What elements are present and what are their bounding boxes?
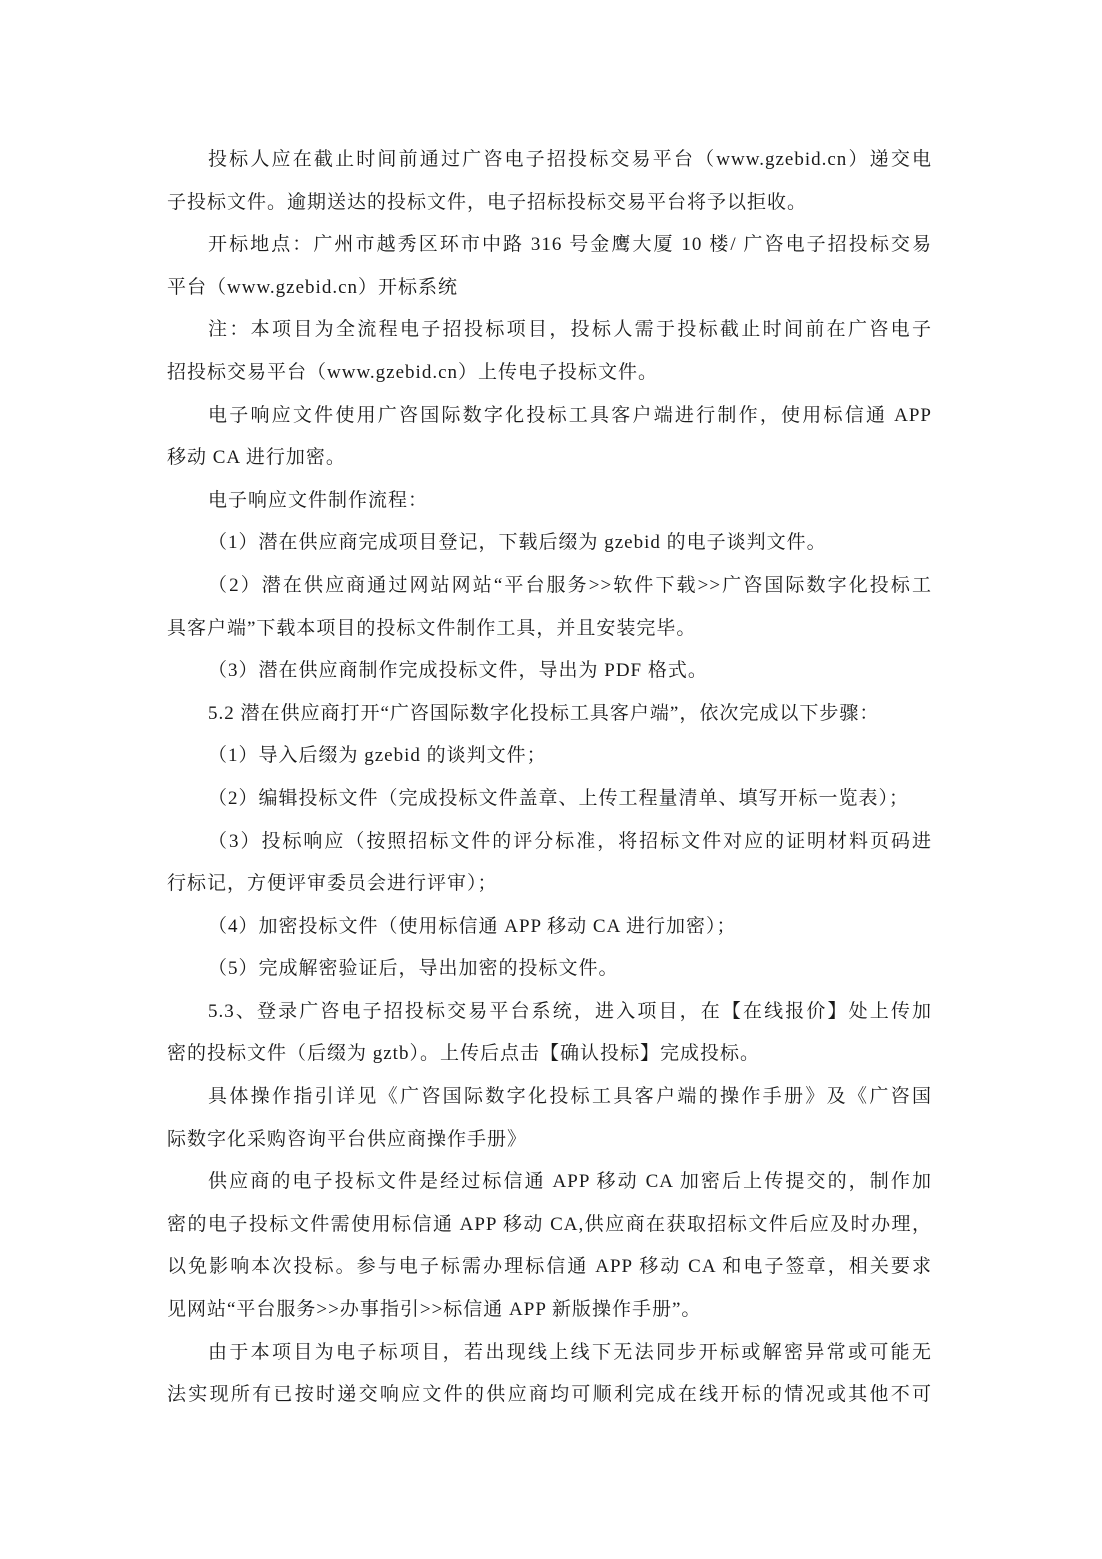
text-line: 供应商的电子投标文件是经过标信通 APP 移动 CA 加密后上传提交的，制作加 [167,1161,932,1204]
text-line: 密的电子投标文件需使用标信通 APP 移动 CA,供应商在获取招标文件后应及时办… [167,1204,932,1247]
paragraph-p14: （5）完成解密验证后，导出加密的投标文件。 [167,948,932,991]
paragraph-p17: 供应商的电子投标文件是经过标信通 APP 移动 CA 加密后上传提交的，制作加密… [167,1161,932,1331]
paragraph-p18: 由于本项目为电子标项目，若出现线上线下无法同步开标或解密异常或可能无法实现所有已… [167,1332,932,1417]
text-line: 以免影响本次投标。参与电子标需办理标信通 APP 移动 CA 和电子签章，相关要… [167,1246,932,1289]
text-line: 5.3、登录广咨电子招投标交易平台系统，进入项目，在【在线报价】处上传加 [167,991,932,1034]
paragraph-p15: 5.3、登录广咨电子招投标交易平台系统，进入项目，在【在线报价】处上传加密的投标… [167,991,932,1076]
paragraph-p16: 具体操作指引详见《广咨国际数字化投标工具客户端的操作手册》及《广咨国际数字化采购… [167,1076,932,1161]
paragraph-p12: （3）投标响应（按照招标文件的评分标准，将招标文件对应的证明材料页码进行标记，方… [167,821,932,906]
paragraph-p2: 开标地点：广州市越秀区环市中路 316 号金鹰大厦 10 楼/ 广咨电子招投标交… [167,224,932,309]
text-line: （2）潜在供应商通过网站网站“平台服务>>软件下载>>广咨国际数字化投标工 [167,565,932,608]
paragraph-p9: 5.2 潜在供应商打开“广咨国际数字化投标工具客户端”，依次完成以下步骤： [167,693,932,736]
text-line: 具体操作指引详见《广咨国际数字化投标工具客户端的操作手册》及《广咨国 [167,1076,932,1119]
paragraph-p10: （1）导入后缀为 gzebid 的谈判文件； [167,735,932,778]
text-line: 见网站“平台服务>>办事指引>>标信通 APP 新版操作手册”。 [167,1289,932,1332]
text-line: 5.2 潜在供应商打开“广咨国际数字化投标工具客户端”，依次完成以下步骤： [167,693,932,736]
text-line: （3）潜在供应商制作完成投标文件，导出为 PDF 格式。 [167,650,932,693]
text-line: 具客户端”下载本项目的投标文件制作工具，并且安装完毕。 [167,608,932,651]
text-line: 开标地点：广州市越秀区环市中路 316 号金鹰大厦 10 楼/ 广咨电子招投标交… [167,224,932,267]
text-line: 由于本项目为电子标项目，若出现线上线下无法同步开标或解密异常或可能无 [167,1332,932,1375]
text-line: 电子响应文件制作流程： [167,480,932,523]
text-line: 平台（www.gzebid.cn）开标系统 [167,267,932,310]
paragraph-p1: 投标人应在截止时间前通过广咨电子招投标交易平台（www.gzebid.cn）递交… [167,139,932,224]
text-line: 际数字化采购咨询平台供应商操作手册》 [167,1119,932,1162]
paragraph-p7: （2）潜在供应商通过网站网站“平台服务>>软件下载>>广咨国际数字化投标工具客户… [167,565,932,650]
paragraph-p3: 注：本项目为全流程电子招投标项目，投标人需于投标截止时间前在广咨电子招投标交易平… [167,309,932,394]
text-line: 移动 CA 进行加密。 [167,437,932,480]
paragraph-p11: （2）编辑投标文件（完成投标文件盖章、上传工程量清单、填写开标一览表）； [167,778,932,821]
text-line: 子投标文件。逾期送达的投标文件，电子招标投标交易平台将予以拒收。 [167,182,932,225]
text-line: （5）完成解密验证后，导出加密的投标文件。 [167,948,932,991]
text-line: 密的投标文件（后缀为 gztb）。上传后点击【确认投标】完成投标。 [167,1033,932,1076]
document-body: 投标人应在截止时间前通过广咨电子招投标交易平台（www.gzebid.cn）递交… [167,139,932,1417]
paragraph-p5: 电子响应文件制作流程： [167,480,932,523]
text-line: （1）潜在供应商完成项目登记，下载后缀为 gzebid 的电子谈判文件。 [167,522,932,565]
document-page: 投标人应在截止时间前通过广咨电子招投标交易平台（www.gzebid.cn）递交… [0,0,1102,1559]
paragraph-p4: 电子响应文件使用广咨国际数字化投标工具客户端进行制作，使用标信通 APP移动 C… [167,395,932,480]
paragraph-p8: （3）潜在供应商制作完成投标文件，导出为 PDF 格式。 [167,650,932,693]
text-line: 招投标交易平台（www.gzebid.cn）上传电子投标文件。 [167,352,932,395]
text-line: （4）加密投标文件（使用标信通 APP 移动 CA 进行加密）； [167,906,932,949]
text-line: （2）编辑投标文件（完成投标文件盖章、上传工程量清单、填写开标一览表）； [167,778,932,821]
text-line: 投标人应在截止时间前通过广咨电子招投标交易平台（www.gzebid.cn）递交… [167,139,932,182]
text-line: （3）投标响应（按照招标文件的评分标准，将招标文件对应的证明材料页码进 [167,821,932,864]
paragraph-p6: （1）潜在供应商完成项目登记，下载后缀为 gzebid 的电子谈判文件。 [167,522,932,565]
paragraph-p13: （4）加密投标文件（使用标信通 APP 移动 CA 进行加密）； [167,906,932,949]
text-line: 电子响应文件使用广咨国际数字化投标工具客户端进行制作，使用标信通 APP [167,395,932,438]
text-line: 行标记，方便评审委员会进行评审）； [167,863,932,906]
text-line: 注：本项目为全流程电子招投标项目，投标人需于投标截止时间前在广咨电子 [167,309,932,352]
text-line: （1）导入后缀为 gzebid 的谈判文件； [167,735,932,778]
text-line: 法实现所有已按时递交响应文件的供应商均可顺利完成在线开标的情况或其他不可 [167,1374,932,1417]
